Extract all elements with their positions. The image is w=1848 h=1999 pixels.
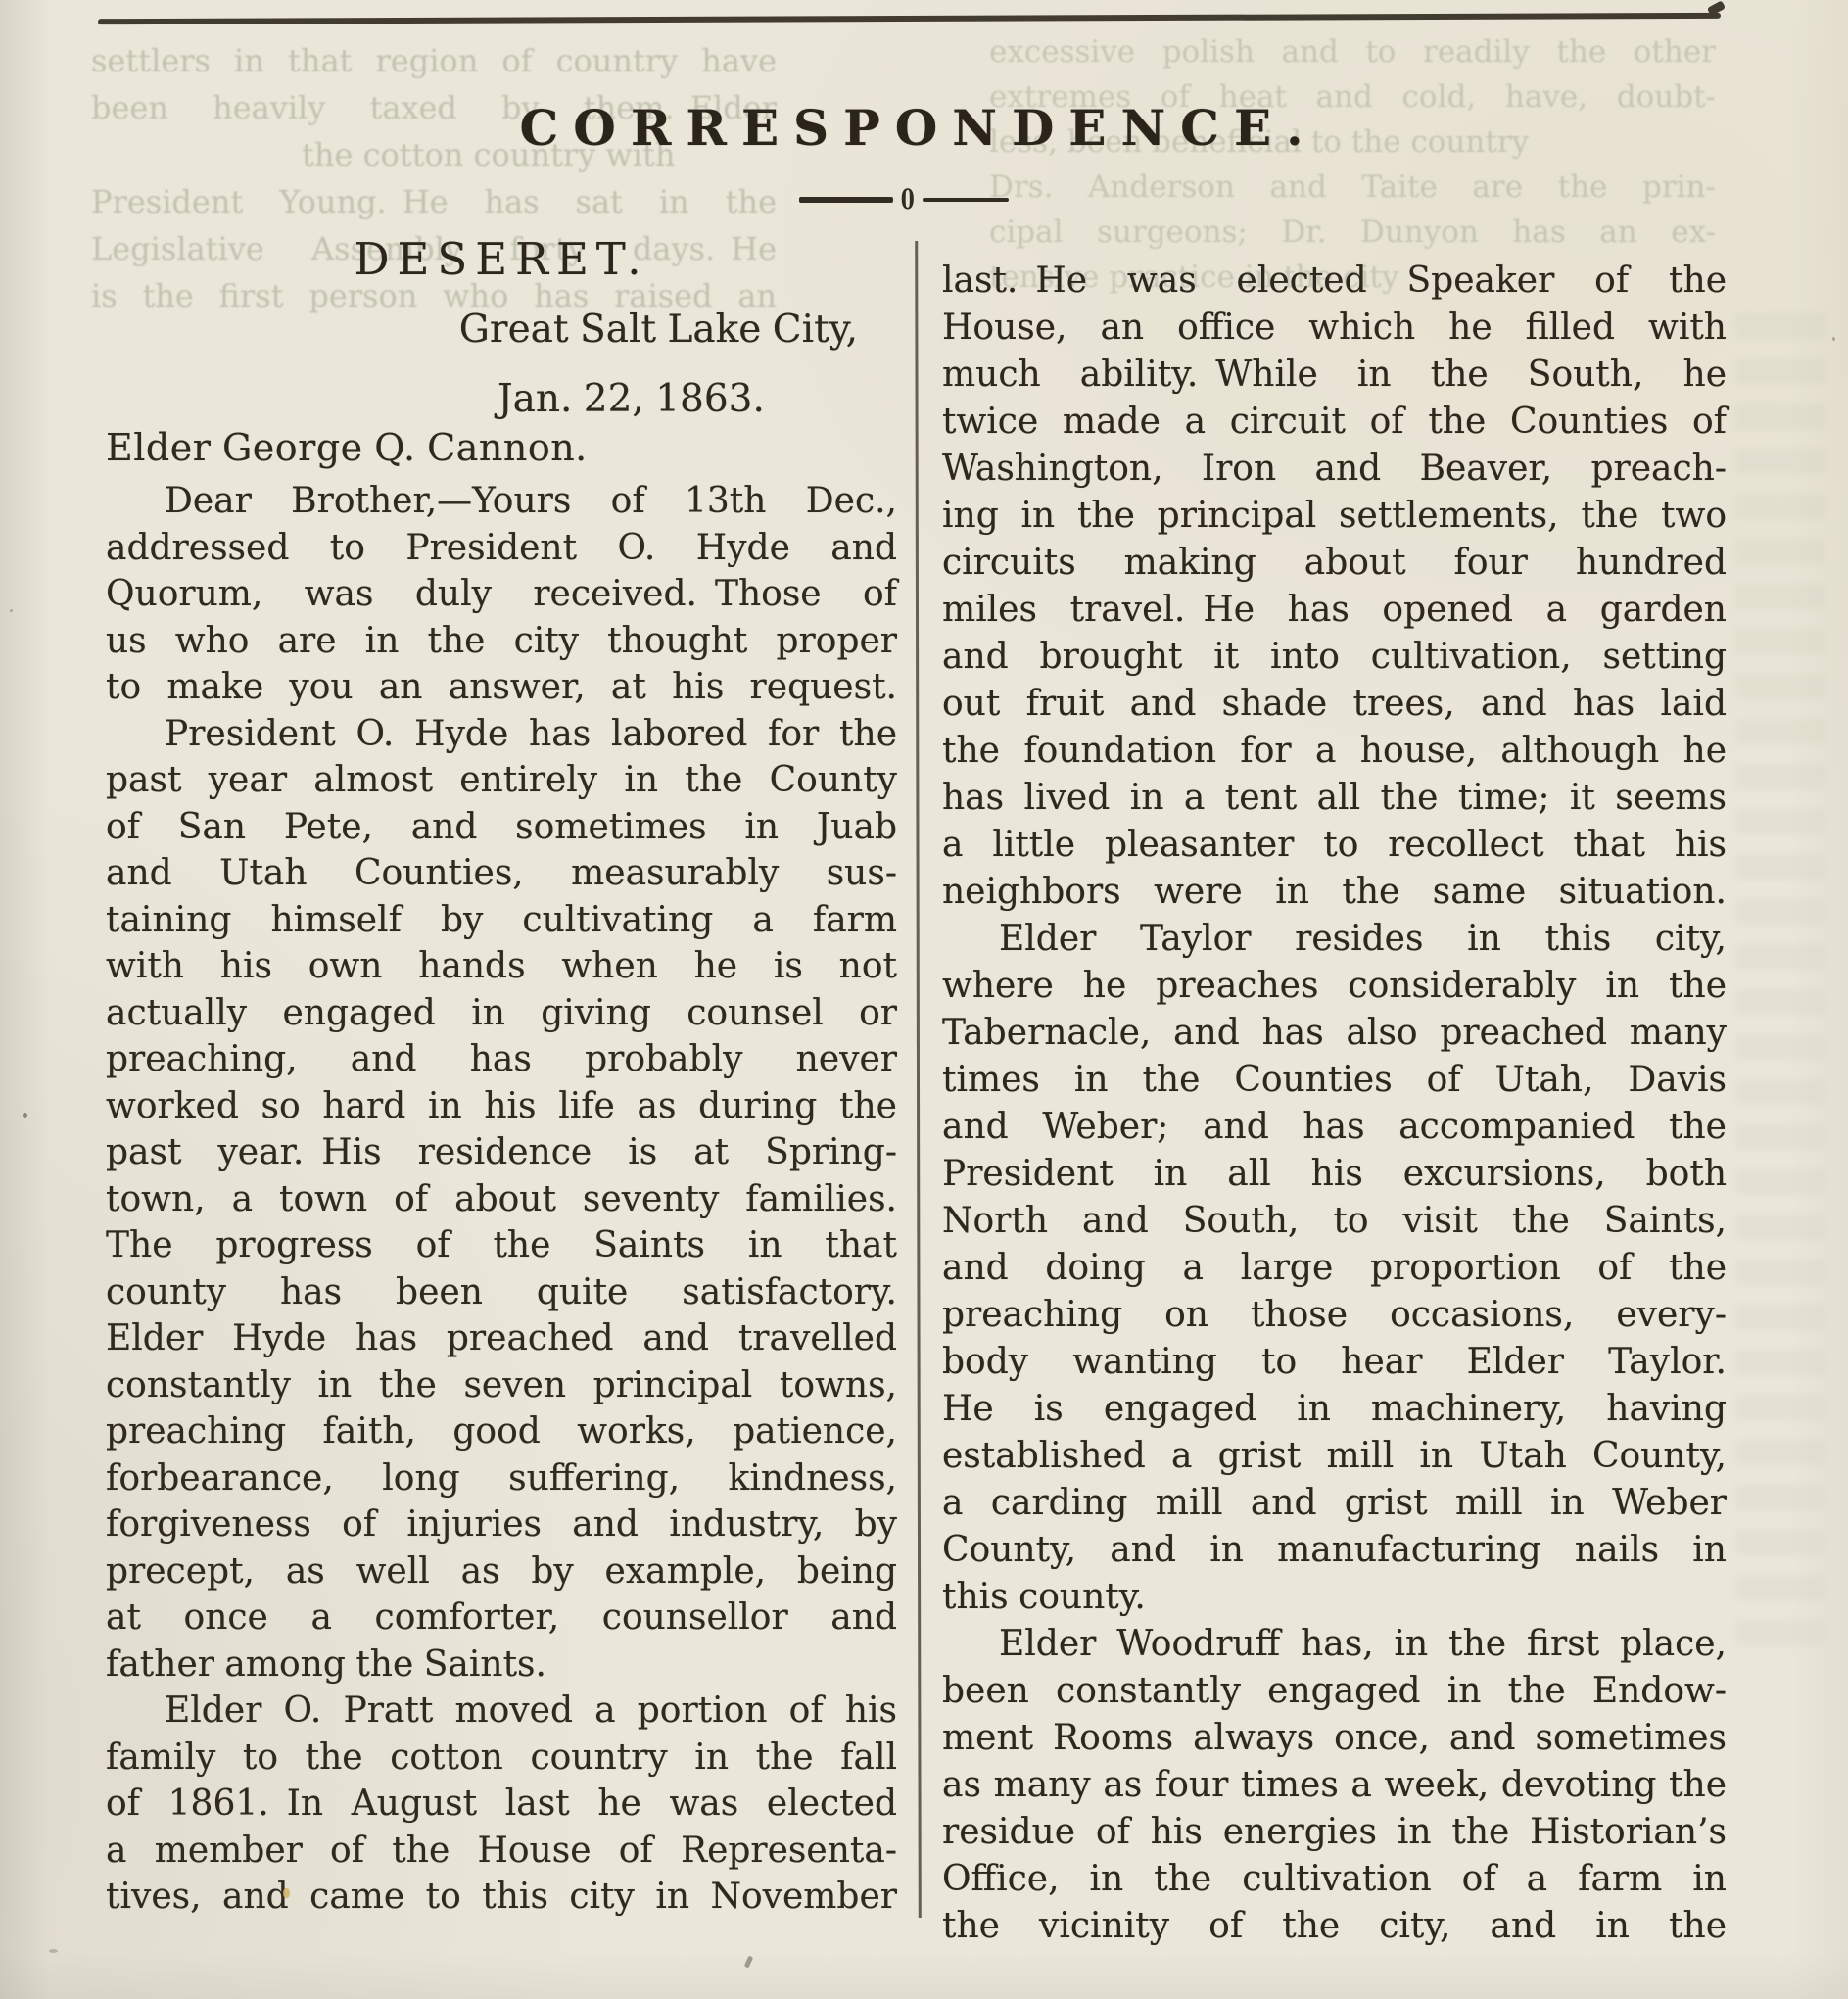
text-line: tives, and came to this city in November (106, 1874, 897, 1921)
paper-speck (23, 1113, 27, 1118)
right-column-text: last. He was elected Speaker of theHouse… (942, 258, 1727, 1950)
ghost-text-line: Drs. Anderson and Taite are the prin- (989, 165, 1716, 210)
text-line: Elder O. Pratt moved a portion of his (106, 1688, 897, 1735)
text-line: county has been quite satisfactory. (106, 1269, 897, 1316)
ornament-dash-left (799, 197, 893, 203)
text-line: Elder Hyde has preached and travelled (106, 1315, 897, 1362)
text-line: and Weber; and has accompanied the (942, 1104, 1727, 1151)
text-line: preaching, and has probably never (106, 1036, 897, 1083)
paragraph: last. He was elected Speaker of theHouse… (942, 258, 1727, 916)
text-line: this county. (942, 1574, 1727, 1621)
text-line: been constantly engaged in the Endow- (942, 1668, 1727, 1715)
text-line: worked so hard in his life as during the (106, 1083, 897, 1130)
left-column-text: Dear Brother,—Yours of 13th Dec.,address… (106, 478, 897, 1921)
paragraph: Dear Brother,—Yours of 13th Dec.,address… (106, 478, 897, 711)
text-line: established a grist mill in Utah County, (942, 1433, 1727, 1480)
text-line: to make you an answer, at his request. (106, 664, 897, 711)
paper-speck (49, 1949, 58, 1953)
text-line: He is engaged in machinery, having (942, 1386, 1727, 1433)
paragraph: Elder Woodruff has, in the first place,b… (942, 1621, 1727, 1950)
text-line: residue of his energies in the Historian… (942, 1809, 1727, 1856)
ornament-o-glyph: 0 (901, 189, 915, 211)
letter-left-column: DESERET. Great Salt Lake City, Jan. 22, … (106, 235, 897, 1921)
ghost-text-line: cipal surgeons; Dr. Dunyon has an ex- (989, 210, 1716, 255)
text-line: miles travel. He has opened a garden (942, 587, 1727, 634)
text-line: with his own hands when he is not (106, 943, 897, 990)
text-line: the foundation for a house, although he (942, 728, 1727, 775)
text-line: us who are in the city thought proper (106, 618, 897, 665)
ghost-text-line: President Young. He has sat in the (91, 178, 777, 225)
letter-right-column: last. He was elected Speaker of theHouse… (942, 250, 1727, 1950)
text-line: taining himself by cultivating a farm (106, 897, 897, 944)
text-line: out fruit and shade trees, and has laid (942, 681, 1727, 728)
text-line: President O. Hyde has labored for the (106, 711, 897, 758)
text-line: Tabernacle, and has also preached many (942, 1010, 1727, 1057)
text-line: forgiveness of injuries and industry, by (106, 1501, 897, 1548)
letter-title: DESERET. (106, 235, 897, 284)
text-line: has lived in a tent all the time; it see… (942, 775, 1727, 822)
paragraph: Elder Taylor resides in this city,where … (942, 916, 1727, 1621)
text-line: House, an office which he filled with (942, 305, 1727, 352)
dateline-place: Great Salt Lake City, (106, 308, 897, 353)
text-line: Quorum, was duly received. Those of (106, 571, 897, 618)
ghost-margin-texture (1735, 313, 1825, 1665)
salutation: Elder George Q. Cannon. (106, 425, 897, 470)
text-line: The progress of the Saints in that (106, 1222, 897, 1269)
text-line: Washington, Iron and Beaver, preach- (942, 446, 1727, 493)
text-line: forbearance, long suffering, kindness, (106, 1455, 897, 1502)
paragraph: Elder O. Pratt moved a portion of hisfam… (106, 1688, 897, 1921)
text-line: and doing a large proportion of the (942, 1245, 1727, 1292)
text-line: Dear Brother,—Yours of 13th Dec., (106, 478, 897, 525)
text-line: a member of the House of Representa- (106, 1828, 897, 1875)
text-line: father among the Saints. (106, 1642, 897, 1689)
paragraph: President O. Hyde has labored for thepas… (106, 711, 897, 1689)
text-line: preaching on those occasions, every- (942, 1292, 1727, 1339)
text-line: past year. His residence is at Spring- (106, 1129, 897, 1176)
text-line: family to the cotton country in the fall (106, 1735, 897, 1782)
text-line: constantly in the seven principal towns, (106, 1362, 897, 1409)
text-line: the vicinity of the city, and in the (942, 1903, 1727, 1950)
text-line: North and South, to visit the Saints, (942, 1198, 1727, 1245)
text-line: addressed to President O. Hyde and (106, 525, 897, 572)
text-line: of 1861. In August last he was elected (106, 1781, 897, 1828)
text-line: at once a comforter, counsellor and (106, 1594, 897, 1642)
text-line: a carding mill and grist mill in Weber (942, 1480, 1727, 1527)
column-divider (915, 241, 922, 1918)
ghost-text-line: excessive polish and to readily the othe… (989, 29, 1716, 74)
text-line: Office, in the cultivation of a farm in (942, 1856, 1727, 1903)
text-line: where he preaches considerably in the (942, 963, 1727, 1010)
text-line: actually engaged in giving counsel or (106, 990, 897, 1037)
text-line: times in the Counties of Utah, Davis (942, 1057, 1727, 1104)
masthead-title: CORRESPONDENCE. (0, 99, 1837, 157)
scan-page: { "document": { "masthead": { "title": "… (0, 0, 1848, 1999)
text-line: precept, as well as by example, being (106, 1548, 897, 1595)
text-line: of San Pete, and sometimes in Juab (106, 804, 897, 851)
text-line: a little pleasanter to recollect that hi… (942, 822, 1727, 869)
text-line: preaching faith, good works, patience, (106, 1408, 897, 1455)
paper-speck (283, 1888, 290, 1898)
text-line: past year almost entirely in the County (106, 757, 897, 804)
text-line: ing in the principal settlements, the tw… (942, 493, 1727, 540)
text-line: body wanting to hear Elder Taylor. (942, 1339, 1727, 1386)
text-line: twice made a circuit of the Counties of (942, 399, 1727, 446)
section-divider-ornament: 0 (795, 187, 1013, 213)
text-line: much ability. While in the South, he (942, 352, 1727, 399)
text-line: President in all his excursions, both (942, 1151, 1727, 1198)
text-line: and Utah Counties, measurably sus- (106, 850, 897, 897)
ghost-text-line: settlers in that region of country have (91, 37, 777, 84)
paper-speck (744, 1956, 753, 1969)
text-line: Elder Woodruff has, in the first place, (942, 1621, 1727, 1668)
top-rule (98, 13, 1721, 24)
paper-speck (10, 609, 13, 612)
text-line: neighbors were in the same situation. (942, 869, 1727, 916)
text-line: as many as four times a week, devoting t… (942, 1762, 1727, 1809)
text-line: ment Rooms always once, and sometimes (942, 1715, 1727, 1762)
text-line: circuits making about four hundred (942, 540, 1727, 587)
text-line: County, and in manufacturing nails in (942, 1527, 1727, 1574)
ornament-dash-right (923, 198, 1009, 202)
paper-speck (1832, 337, 1835, 341)
text-line: Elder Taylor resides in this city, (942, 916, 1727, 963)
dateline-date: Jan. 22, 1863. (106, 377, 897, 422)
text-line: last. He was elected Speaker of the (942, 258, 1727, 305)
text-line: and brought it into cultivation, setting (942, 634, 1727, 681)
text-line: town, a town of about seventy families. (106, 1176, 897, 1223)
